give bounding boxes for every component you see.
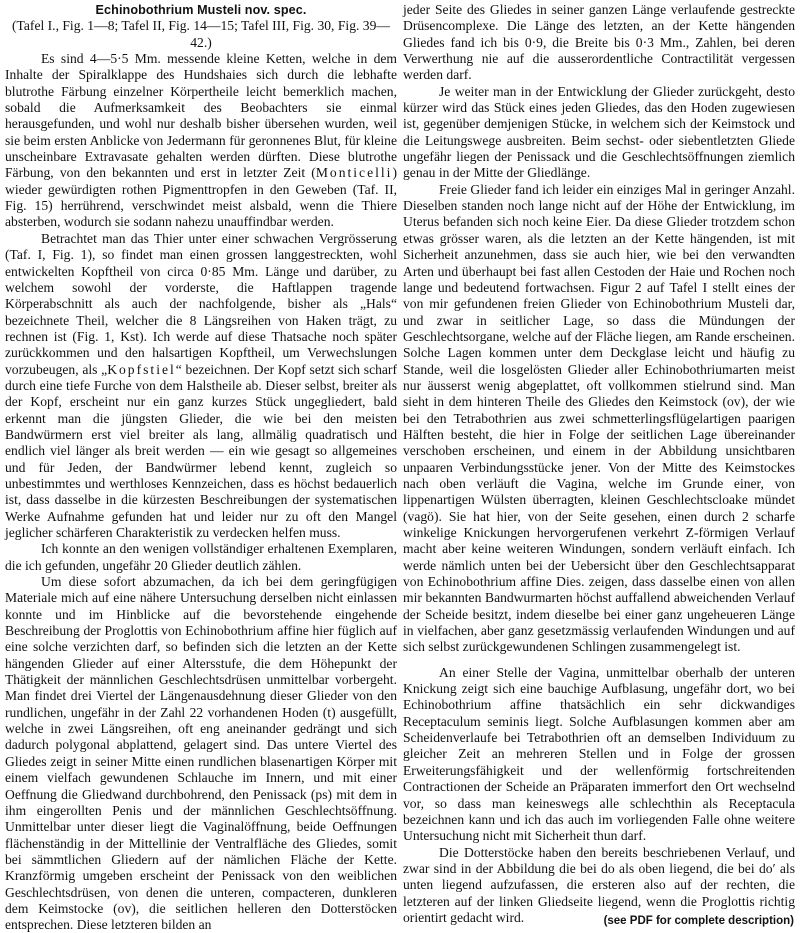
right-column: jeder Seite des Gliedes in seiner ganzen… [403,2,795,926]
paragraph-head-description: Betrachtet man das Thier unter einer sch… [5,231,397,542]
paragraph-segment-count: Ich konnte an den wenigen vollständiger … [5,541,397,574]
see-pdf-note: (see PDF for complete description) [604,915,794,927]
term-kopfstiel: Kopfstiel [107,362,176,377]
paragraph-gland-complexes: jeder Seite des Gliedes in seiner ganzen… [403,2,795,84]
species-title: Echinobothrium Musteli nov. spec. [5,2,397,18]
paragraph-vagina: An einer Stelle der Vagina, unmittelbar … [403,665,795,845]
author-name: Monticelli [316,165,393,180]
paragraph-free-segments: Freie Glieder fand ich leider ein einzig… [403,182,795,656]
paragraph-proglottis: Um diese sofort abzumachen, da ich bei d… [5,574,397,933]
document-page: Echinobothrium Musteli nov. spec. (Tafel… [0,0,800,933]
paragraph-development: Je weiter man in der Entwicklung der Gli… [403,84,795,182]
paragraph-intro: Es sind 4—5·5 Mm. messende kleine Ketten… [5,51,397,231]
paragraph-vitellaria: Die Dotterstöcke haben den bereits besch… [403,845,795,927]
left-column: Echinobothrium Musteli nov. spec. (Tafel… [5,2,397,933]
plate-references: (Tafel I., Fig. 1—8; Tafel II, Fig. 14—1… [5,18,397,51]
